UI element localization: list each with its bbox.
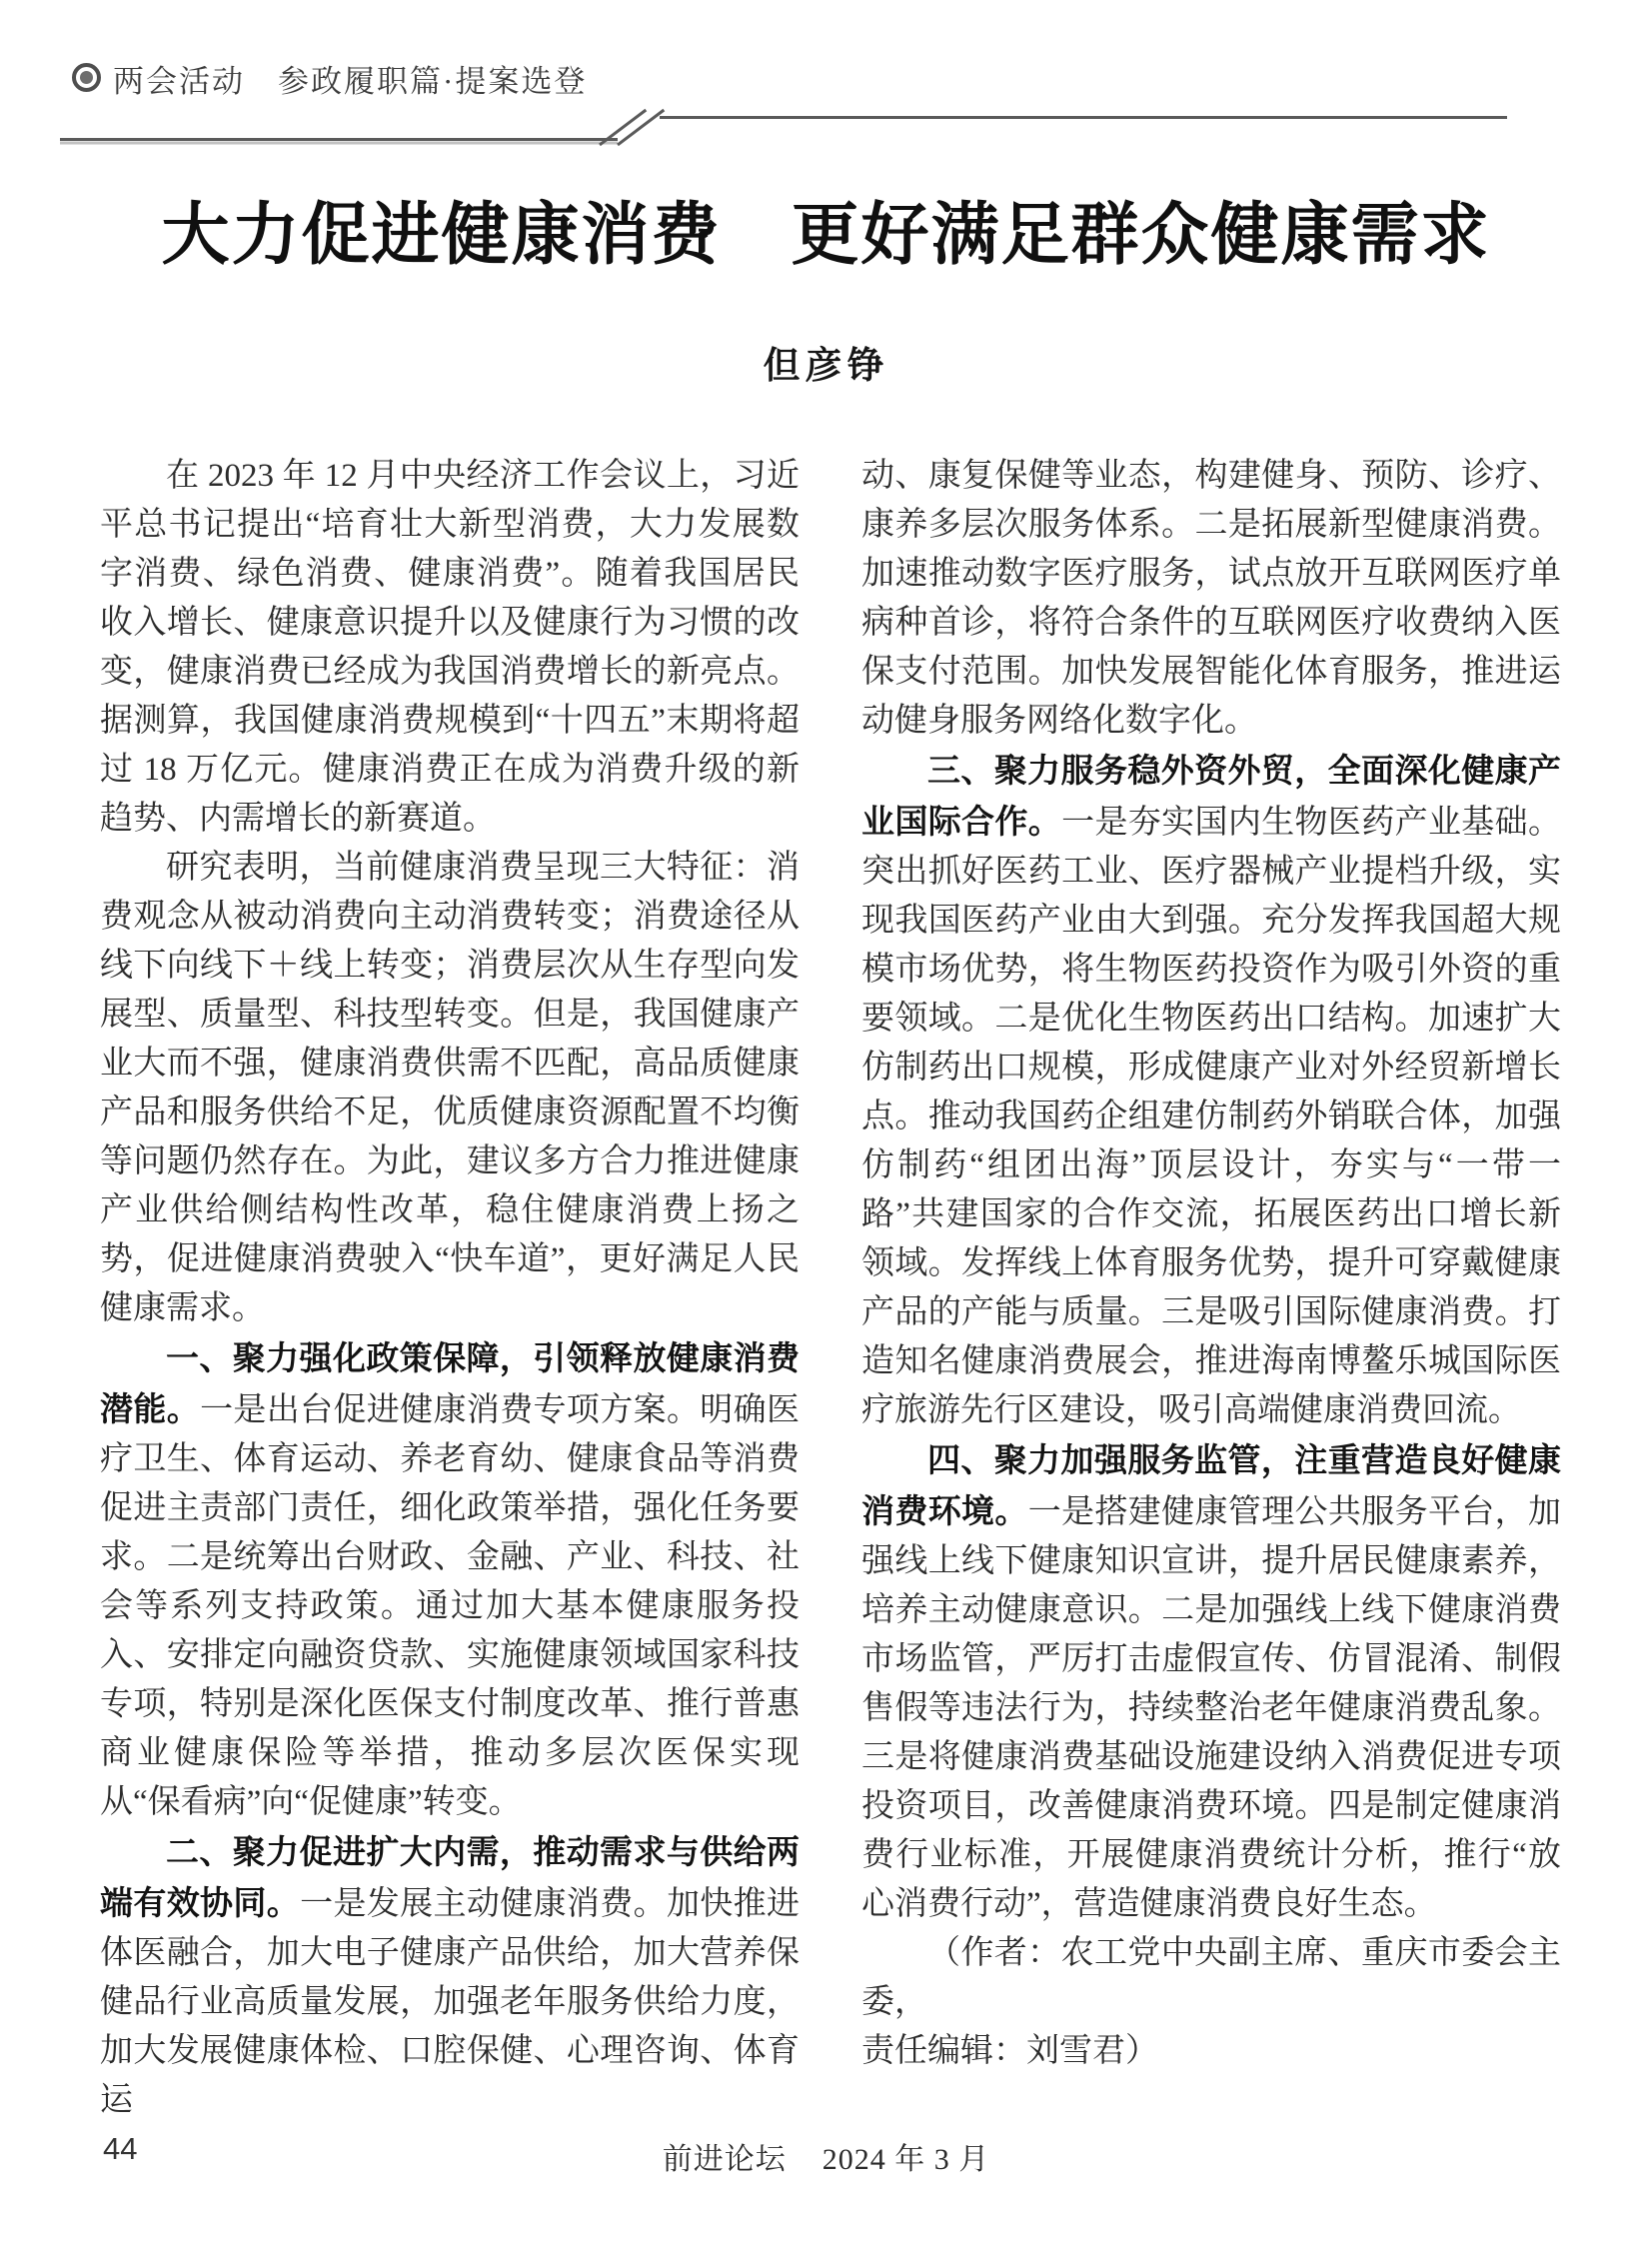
article-author: 但彦铮	[0, 335, 1652, 389]
paragraph-section-1: 一、聚力强化政策保障，引领释放健康消费潜能。一是出台促进健康消费专项方案。明确医…	[100, 1333, 800, 1827]
section-4-text: 一是搭建健康管理公共服务平台，加强线上线下健康知识宣讲，提升居民健康素养，培养主…	[861, 1494, 1561, 1922]
journal-issue: 2024 年 3 月	[823, 2143, 990, 2176]
article-title: 大力促进健康消费 更好满足群众健康需求	[0, 196, 1652, 274]
bullseye-icon	[72, 63, 101, 92]
footer-journal-line: 前进论坛2024 年 3 月	[0, 2134, 1652, 2178]
paragraph-section-2-continued: 动、康复保健等业态，构建健身、预防、诊疗、康养多层次服务体系。二是拓展新型健康消…	[861, 452, 1561, 746]
author-note-line-2: 责任编辑：刘雪君）	[861, 2033, 1158, 2069]
author-note: （作者：农工党中央副主席、重庆市委会主委，责任编辑：刘雪君）	[861, 1929, 1561, 2076]
paragraph-section-4: 四、聚力加强服务监管，注重营造良好健康消费环境。一是搭建健康管理公共服务平台，加…	[861, 1435, 1561, 1929]
section-tag-label: 两会活动 参政履职篇·提案选登	[113, 56, 587, 101]
paragraph-research: 研究表明，当前健康消费呈现三大特征：消费观念从被动消费向主动消费转变；消费途径从…	[100, 844, 800, 1333]
section-1-text: 一是出台促进健康消费专项方案。明确医疗卫生、体育运动、养老育幼、健康食品等消费促…	[100, 1392, 800, 1820]
bullseye-icon-dot	[80, 71, 93, 84]
section-3-text: 一是夯实国内生物医药产业基础。突出抓好医药工业、医疗器械产业提档升级，实现我国医…	[861, 805, 1561, 1428]
paragraph-section-2: 二、聚力促进扩大内需，推动需求与供给两端有效协同。一是发展主动健康消费。加快推进…	[100, 1827, 800, 2125]
header-rule-left	[60, 138, 618, 141]
paragraph-section-3: 三、聚力服务稳外资外贸，全面深化健康产业国际合作。一是夯实国内生物医药产业基础。…	[861, 746, 1561, 1435]
header-rule-right	[660, 116, 1507, 119]
magazine-page: { "header": { "icon": "bullseye-icon", "…	[0, 0, 1652, 2243]
paragraph-intro: 在 2023 年 12 月中央经济工作会议上，习近平总书记提出“培育壮大新型消费…	[100, 452, 800, 844]
column-right: 动、康复保健等业态，构建健身、预防、诊疗、康养多层次服务体系。二是拓展新型健康消…	[861, 452, 1561, 2076]
column-left: 在 2023 年 12 月中央经济工作会议上，习近平总书记提出“培育壮大新型消费…	[100, 452, 800, 2125]
journal-name: 前进论坛	[663, 2143, 787, 2176]
author-note-line-1: （作者：农工党中央副主席、重庆市委会主委，	[861, 1935, 1561, 2020]
